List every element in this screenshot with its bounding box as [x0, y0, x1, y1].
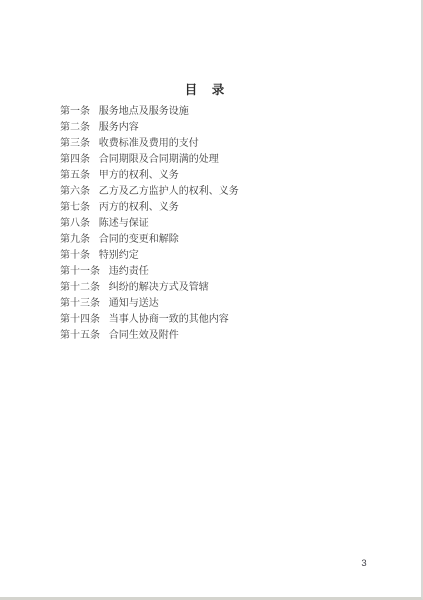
toc-item: 第十一条 违约责任	[60, 264, 391, 280]
toc-item-number: 第十三条	[60, 296, 100, 312]
toc-item: 第七条 丙方的权利、义务	[60, 200, 391, 216]
toc-item-title: 当事人协商一致的其他内容	[109, 312, 229, 328]
toc-item-number: 第十五条	[60, 328, 100, 344]
toc-item-number: 第六条	[60, 184, 90, 200]
toc-item-title: 甲方的权利、义务	[99, 168, 179, 184]
toc-item: 第六条 乙方及乙方监护人的权利、义务	[60, 184, 391, 200]
toc-item-number: 第十四条	[60, 312, 100, 328]
toc-item: 第九条 合同的变更和解除	[60, 232, 391, 248]
toc-item: 第四条 合同期限及合同期满的处理	[60, 152, 391, 168]
toc-item-number: 第三条	[60, 136, 90, 152]
toc-item-title: 服务地点及服务设施	[99, 104, 189, 120]
toc-item-title: 特别约定	[99, 248, 139, 264]
toc-item-number: 第八条	[60, 216, 90, 232]
toc-item: 第十三条 通知与送达	[60, 296, 391, 312]
toc-item: 第八条 陈述与保证	[60, 216, 391, 232]
toc-item: 第二条 服务内容	[60, 120, 391, 136]
toc-item: 第十二条 纠纷的解决方式及管辖	[60, 280, 391, 296]
toc-title: 目 录	[0, 80, 410, 98]
toc-item-title: 通知与送达	[109, 296, 159, 312]
toc-item: 第三条 收费标准及费用的支付	[60, 136, 391, 152]
toc-item: 第一条 服务地点及服务设施	[60, 104, 391, 120]
toc-item-number: 第五条	[60, 168, 90, 184]
toc-item-number: 第十条	[60, 248, 90, 264]
toc-item-title: 陈述与保证	[99, 216, 149, 232]
toc-item: 第十四条 当事人协商一致的其他内容	[60, 312, 391, 328]
toc-item-number: 第四条	[60, 152, 90, 168]
toc-item-number: 第七条	[60, 200, 90, 216]
toc-item-number: 第十一条	[60, 264, 100, 280]
toc-item-title: 服务内容	[99, 120, 139, 136]
toc-item: 第十五条 合同生效及附件	[60, 328, 391, 344]
toc-item-title: 违约责任	[109, 264, 149, 280]
toc-item-title: 乙方及乙方监护人的权利、义务	[99, 184, 239, 200]
toc-item-number: 第十二条	[60, 280, 100, 296]
toc-item-title: 合同生效及附件	[109, 328, 179, 344]
toc-item-title: 丙方的权利、义务	[99, 200, 179, 216]
page-number: 3	[358, 558, 370, 569]
document-page: 目 录 第一条 服务地点及服务设施 第二条 服务内容 第三条 收费标准及费用的支…	[0, 0, 423, 600]
toc-item-title: 合同的变更和解除	[99, 232, 179, 248]
toc-item: 第十条 特别约定	[60, 248, 391, 264]
toc-item-number: 第九条	[60, 232, 90, 248]
toc-item-title: 收费标准及费用的支付	[99, 136, 199, 152]
toc-item: 第五条 甲方的权利、义务	[60, 168, 391, 184]
toc-list: 第一条 服务地点及服务设施 第二条 服务内容 第三条 收费标准及费用的支付 第四…	[60, 104, 391, 344]
toc-item-title: 纠纷的解决方式及管辖	[109, 280, 209, 296]
toc-item-title: 合同期限及合同期满的处理	[99, 152, 219, 168]
toc-item-number: 第二条	[60, 120, 90, 136]
toc-item-number: 第一条	[60, 104, 90, 120]
